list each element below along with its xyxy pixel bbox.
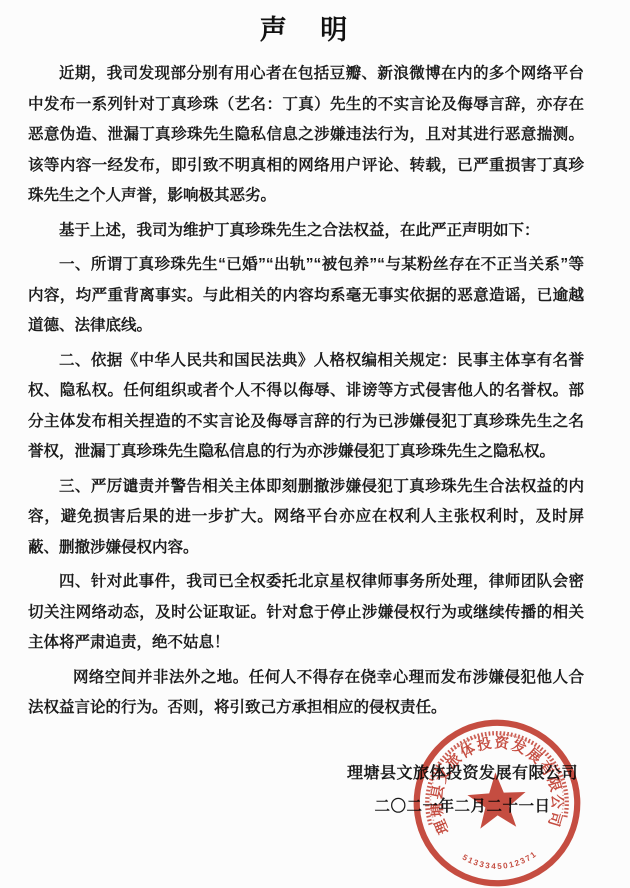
svg-text:5133345012371: 5133345012371 [460,849,539,873]
paragraph-item-4: 四、针对此事件，我司已全权委托北京星权律师事务所处理，律师团队会密切关注网络动态… [28,567,584,659]
signature-date: 二〇二一年二月二十一日 [347,794,578,816]
paragraph-lead-in: 基于上述，我司为维护丁真珍珠先生之合法权益，在此严正声明如下： [28,216,584,247]
signature-block: 理塘县文旅体投资发展有限公司 二〇二一年二月二十一日 [347,760,578,816]
paragraph-item-1: 一、所谓丁真珍珠先生“已婚”“出轨”“被包养”“与某粉丝存在不正当关系”等内容，… [28,250,584,342]
statement-body: 近期，我司发现部分别有用心者在包括豆瓣、新浪微博在内的多个网络平台中发布一系列针… [0,47,630,724]
signature-company: 理塘县文旅体投资发展有限公司 [347,760,578,783]
seal-code-arc: 5133345012371 [460,849,539,873]
paragraph-item-3: 三、严厉谴责并警告相关主体即刻删撤涉嫌侵犯丁真珍珠先生合法权益的内容，避免损害后… [28,472,584,564]
page-title: 声 明 [0,8,630,47]
paragraph-item-2: 二、依据《中华人民共和国民法典》人格权编相关规定：民事主体享有名誉权、隐私权。任… [28,346,584,468]
statement-document: 声 明 近期，我司发现部分别有用心者在包括豆瓣、新浪微博在内的多个网络平台中发布… [0,0,630,888]
paragraph-closing: 网络空间并非法外之地。任何人不得存在侥幸心理而发布涉嫌侵犯他人合法权益言论的行为… [28,663,584,724]
paragraph-intro: 近期，我司发现部分别有用心者在包括豆瓣、新浪微博在内的多个网络平台中发布一系列针… [28,59,584,212]
